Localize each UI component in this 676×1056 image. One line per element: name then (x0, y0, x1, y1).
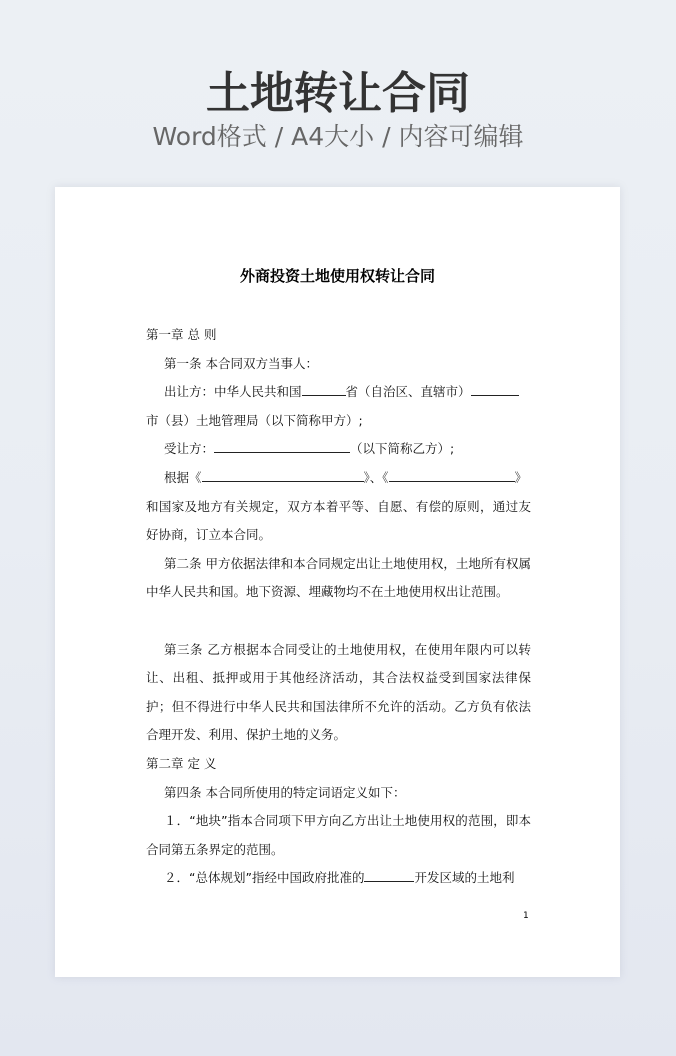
blank-transferee (214, 440, 350, 453)
transferee-suffix: （以下简称乙方）; (350, 441, 454, 456)
blank-city (471, 383, 519, 396)
transferee-label: 受让方： (164, 441, 214, 456)
document-title: 外商投资土地使用权转让合同 (55, 264, 620, 288)
document-page: 外商投资土地使用权转让合同 第一章 总 则 第一条 本合同双方当事人： 出让方：… (55, 187, 620, 977)
transferor-mid: 省（自治区、直辖市） (346, 384, 471, 399)
definition-2: ２．“总体规划”指经中国政府批准的开发区域的土地利 (146, 864, 531, 893)
document-body: 第一章 总 则 第一条 本合同双方当事人： 出让方：中华人民共和国省（自治区、直… (146, 321, 531, 893)
basis-line: 根据《》、《》 (146, 464, 531, 493)
transferor-line: 出让方：中华人民共和国省（自治区、直辖市） (146, 378, 531, 407)
basis-open: 根据《 (164, 470, 202, 485)
basis-continuation: 和国家及地方有关规定，双方本着平等、自愿、有偿的原则，通过友好协商，订立本合同。 (146, 493, 531, 550)
blank-province (302, 383, 346, 396)
transferor-label: 出让方：中华人民共和国 (164, 384, 302, 399)
article-1: 第一条 本合同双方当事人： (146, 350, 531, 379)
hero-subtitle: Word格式 / A4大小 / 内容可编辑 (0, 118, 676, 156)
definition-2-end: 开发区域的土地利 (414, 870, 514, 885)
blank-law-2 (389, 469, 515, 482)
article-3: 第三条 乙方根据本合同受让的土地使用权，在使用年限内可以转让、出租、抵押或用于其… (146, 636, 531, 750)
basis-close: 》 (515, 470, 528, 485)
transferee-line: 受让方：（以下简称乙方）; (146, 435, 531, 464)
basis-sep: 》、《 (364, 470, 389, 485)
chapter-1-heading: 第一章 总 则 (146, 321, 531, 350)
definition-2-start: ２．“总体规划”指经中国政府批准的 (164, 870, 364, 885)
blank-law-1 (202, 469, 364, 482)
article-2: 第二条 甲方依据法律和本合同规定出让土地使用权，土地所有权属中华人民共和国。地下… (146, 550, 531, 607)
blank-zone (364, 869, 414, 882)
definition-1: １．“地块”指本合同项下甲方向乙方出让土地使用权的范围，即本合同第五条界定的范围… (146, 807, 531, 864)
article-4: 第四条 本合同所使用的特定词语定义如下： (146, 779, 531, 808)
hero-title: 土地转让合同 (0, 64, 676, 124)
transferor-continuation: 市（县）土地管理局（以下简称甲方）; (146, 407, 531, 436)
chapter-2-heading: 第二章 定 义 (146, 750, 531, 779)
spacer (146, 607, 531, 636)
page-number: 1 (523, 911, 529, 921)
